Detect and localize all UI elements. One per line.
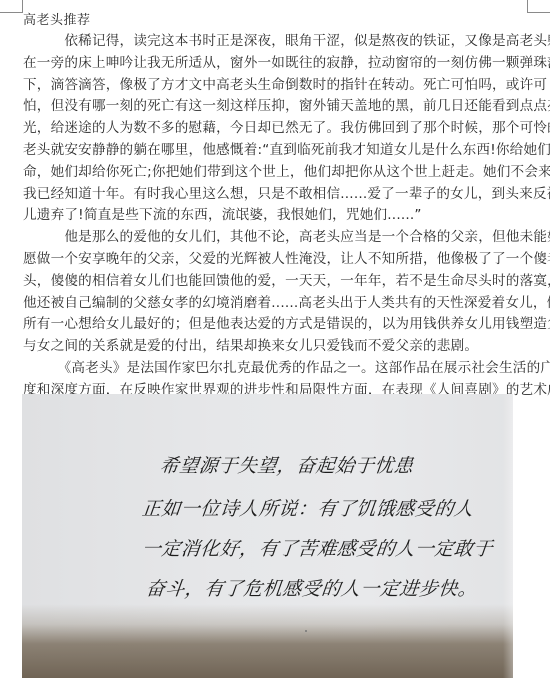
text-line: 所有一心想给女儿最好的；但是他表达爱的方式是错误的，以为用钱供养女儿用钱塑造父: [23, 314, 527, 336]
handwriting-line: 正如一位诗人所说：有了饥饿感受的人: [141, 494, 475, 521]
crop-mark-top-right: [527, 0, 550, 13]
text-line: 下，滴答滴答，像极了方才文中高老头生命倒数时的指针在转动。死亡可怕吗，或许可: [23, 75, 527, 97]
text-line: 他还被自己编制的父慈女孝的幻境消磨着......高老头出于人类共有的天性深爱着女…: [23, 293, 527, 315]
text-line: 依稀记得，读完这本书时正是深夜，眼角干涩，似是熬夜的铁证，又像是高老头躺: [23, 31, 527, 53]
text-line: 与女之间的关系就是爱的付出，结果却换来女儿只爱钱而不爱父亲的悲剧。: [23, 336, 527, 358]
crop-mark-top-left: [0, 0, 23, 13]
document-title: 高老头推荐: [23, 11, 527, 31]
text-line: 怕，但没有哪一刻的死亡有这一刻这样压抑，窗外铺天盖地的黑，前几日还能看到点点亮: [23, 96, 527, 118]
photo-speck: [305, 630, 307, 632]
document-body: 高老头推荐 依稀记得，读完这本书时正是深夜，眼角干涩，似是熬夜的铁证，又像是高老…: [23, 11, 527, 423]
paragraph-2: 他是那么的爱他的女儿们，其他不论，高老头应当是一个合格的父亲，但他未能如 愿做一…: [23, 227, 527, 358]
paragraph-1: 依稀记得，读完这本书时正是深夜，眼角干涩，似是熬夜的铁证，又像是高老头躺 在一旁…: [23, 31, 527, 227]
text-line: 我已经知道十年。有时我心里这么想，只是不敢相信......爱了一辈子的女儿，到头…: [23, 184, 527, 206]
handwriting-line: 一定消化好，有了苦难感受的人一定敢于: [141, 534, 495, 561]
text-line: 《高老头》是法国作家巴尔扎克最优秀的作品之一。这部作品在展示社会生活的广: [23, 358, 527, 380]
handwriting-line: 奋斗，有了危机感受的人一定进步快。: [145, 574, 479, 601]
text-line: 在一旁的床上呻吟让我无所适从，窗外一如既往的寂静，拉动窗帘的一刻仿佛一颗弹珠落: [23, 53, 527, 75]
text-line: 愿做一个安享晚年的父亲，父爱的光辉被人性淹没，让人不知所措，他像极了了一个傻老: [23, 249, 527, 271]
text-line: 光，给迷途的人为数不多的慰藉，今日却已然无了。我仿佛回到了那个时候，那个可怜的: [23, 118, 527, 140]
text-line: 他是那么的爱他的女儿们，其他不论，高老头应当是一个合格的父亲，但他未能如: [23, 227, 527, 249]
handwriting-line: 希望源于失望，奋起始于忧患: [159, 451, 415, 478]
handwritten-note-photo: 希望源于失望，奋起始于忧患 正如一位诗人所说：有了饥饿感受的人 一定消化好，有了…: [22, 394, 513, 678]
text-line: 老头就安安静静的躺在哪里，他感慨着:“直到临死前我才知道女儿是什么东西!你给她们…: [23, 140, 527, 162]
text-line: 命，她们却给你死亡;你把她们带到这个世上，他们却把你从这个世上赶走。她们不会来了…: [23, 162, 527, 184]
text-line: 头，傻傻的相信着女儿们也能回馈他的爱，一天天，一年年，若不是生命尽头时的落寞，: [23, 271, 527, 293]
text-line: 儿遗弃了!简直是些下流的东西，流氓婆，我恨她们，咒她们......”: [23, 205, 527, 227]
